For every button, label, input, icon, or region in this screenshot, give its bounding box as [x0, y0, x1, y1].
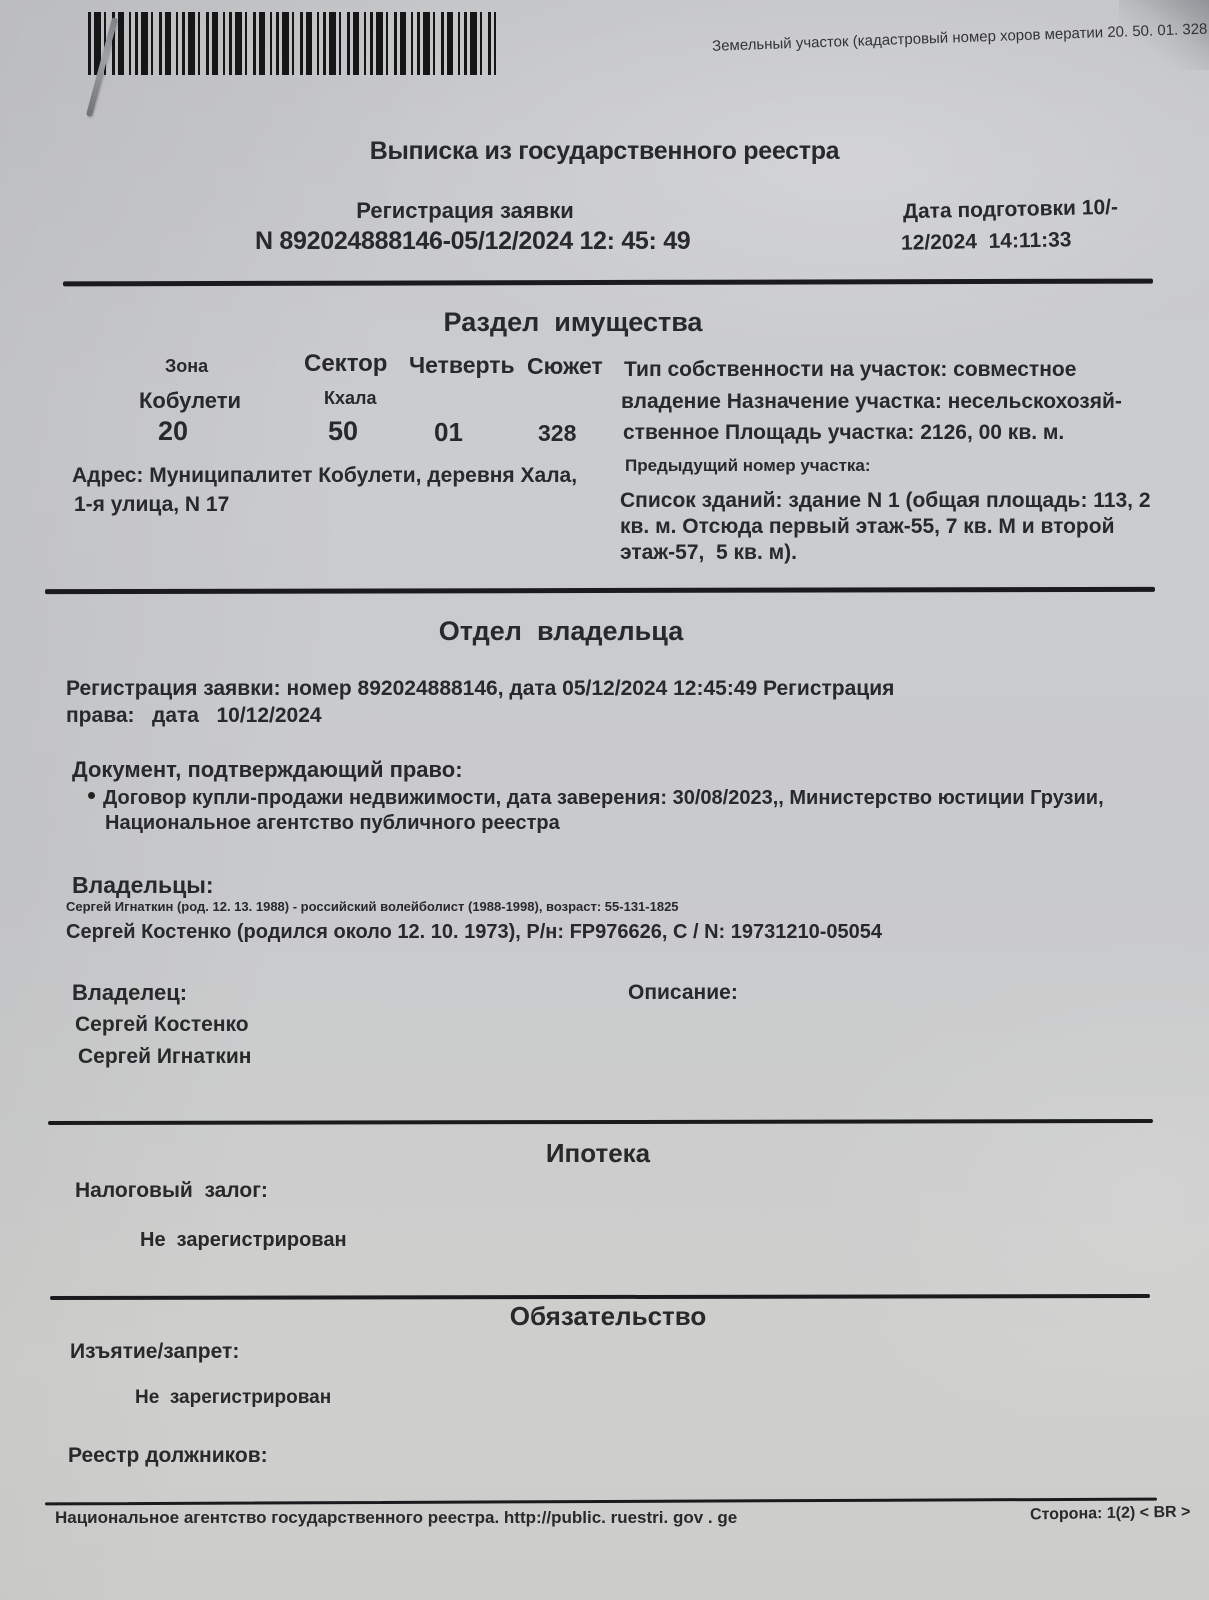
document-item-line1: Договор купли-продажи недвижимости, дата…: [103, 786, 1104, 810]
address-line1: Адрес: Муниципалитет Кобулети, деревня Х…: [72, 463, 577, 488]
previous-number-label: Предыдущий номер участка:: [625, 456, 871, 476]
owner-registration-line1: Регистрация заявки: номер 892024888146, …: [66, 676, 894, 701]
seizure-value: Не зарегистрирован: [135, 1387, 331, 1410]
section-divider-4: [50, 1294, 1150, 1300]
application-number: N 892024888146-05/12/2024 12: 45: 49: [255, 226, 675, 256]
buildings-line2: кв. м. Отсюда первый этаж-55, 7 кв. М и …: [620, 514, 1115, 539]
owner-registration-line2: права: дата 10/12/2024: [66, 703, 322, 728]
seizure-label: Изъятие/запрет:: [70, 1339, 239, 1364]
section-divider-2: [45, 587, 1155, 594]
document-proof-label: Документ, подтверждающий право:: [72, 757, 463, 783]
zona-value: 20: [158, 415, 188, 447]
debtors-label: Реестр должников:: [68, 1443, 268, 1468]
buildings-line3: этаж-57, 5 кв. м).: [620, 540, 797, 565]
document-title: Выписка из государственного реестра: [0, 136, 1209, 166]
col-zona-header: Зона: [165, 356, 208, 378]
address-line2: 1-я улица, N 17: [74, 492, 229, 517]
chetvert-value: 01: [434, 417, 463, 448]
ownership-line3: ственное Площадь участка: 2126, 00 кв. м…: [623, 420, 1064, 445]
cadastral-note: Земельный участок (кадастровый номер хор…: [712, 22, 1162, 56]
bullet-icon: [88, 792, 95, 799]
tax-lien-value: Не зарегистрирован: [140, 1228, 347, 1252]
mortgage-section-title: Ипотека: [0, 1138, 1196, 1169]
syuzhet-value: 328: [538, 420, 576, 448]
property-section-title: Раздел имущества: [0, 306, 1146, 338]
document-item-line2: Национальное агентство публичного реестр…: [105, 811, 560, 835]
application-label: Регистрация заявки: [255, 198, 675, 224]
owner-name-1: Сергей Костенко: [75, 1012, 249, 1037]
owner-note: Сергей Игнаткин (род. 12. 13. 1988) - ро…: [66, 899, 679, 915]
ownership-line2: владение Назначение участка: несельскохо…: [621, 389, 1122, 414]
footer-divider: [45, 1498, 1157, 1506]
footer-agency: Национальное агентство государственного …: [55, 1508, 737, 1528]
barcode: [88, 12, 496, 75]
sektor-name: Кхала: [324, 388, 376, 410]
owner-main: Сергей Костенко (родился около 12. 10. 1…: [66, 920, 882, 944]
col-chetvert-header: Четверть: [409, 352, 515, 380]
owner-section-title: Отдел владельца: [0, 615, 1122, 647]
prep-date-line2: 12/2024 14:11:33: [901, 227, 1072, 256]
obligation-section-title: Обязательство: [0, 1301, 1209, 1332]
ownership-line1: Тип собственности на участок: совместное: [624, 357, 1076, 382]
section-divider-3: [48, 1119, 1153, 1125]
section-divider-1: [63, 279, 1153, 287]
col-sektor-header: Сектор: [304, 350, 387, 379]
owners-label: Владельцы:: [72, 872, 214, 900]
footer-page-indicator: Сторона: 1(2) < BR >: [1030, 1503, 1191, 1525]
tax-lien-label: Налоговый залог:: [75, 1178, 268, 1203]
owner-label: Владелец:: [72, 980, 187, 1006]
buildings-line1: Список зданий: здание N 1 (общая площадь…: [620, 488, 1151, 513]
sektor-value: 50: [328, 415, 358, 447]
description-label: Описание:: [628, 980, 738, 1005]
zona-name: Кобулети: [139, 388, 241, 414]
owner-name-2: Сергей Игнаткин: [78, 1044, 251, 1069]
col-syuzhet-header: Сюжет: [527, 353, 603, 381]
document-page: Земельный участок (кадастровый номер хор…: [0, 0, 1209, 1600]
prep-date-line1: Дата подготовки 10/-: [903, 195, 1118, 225]
